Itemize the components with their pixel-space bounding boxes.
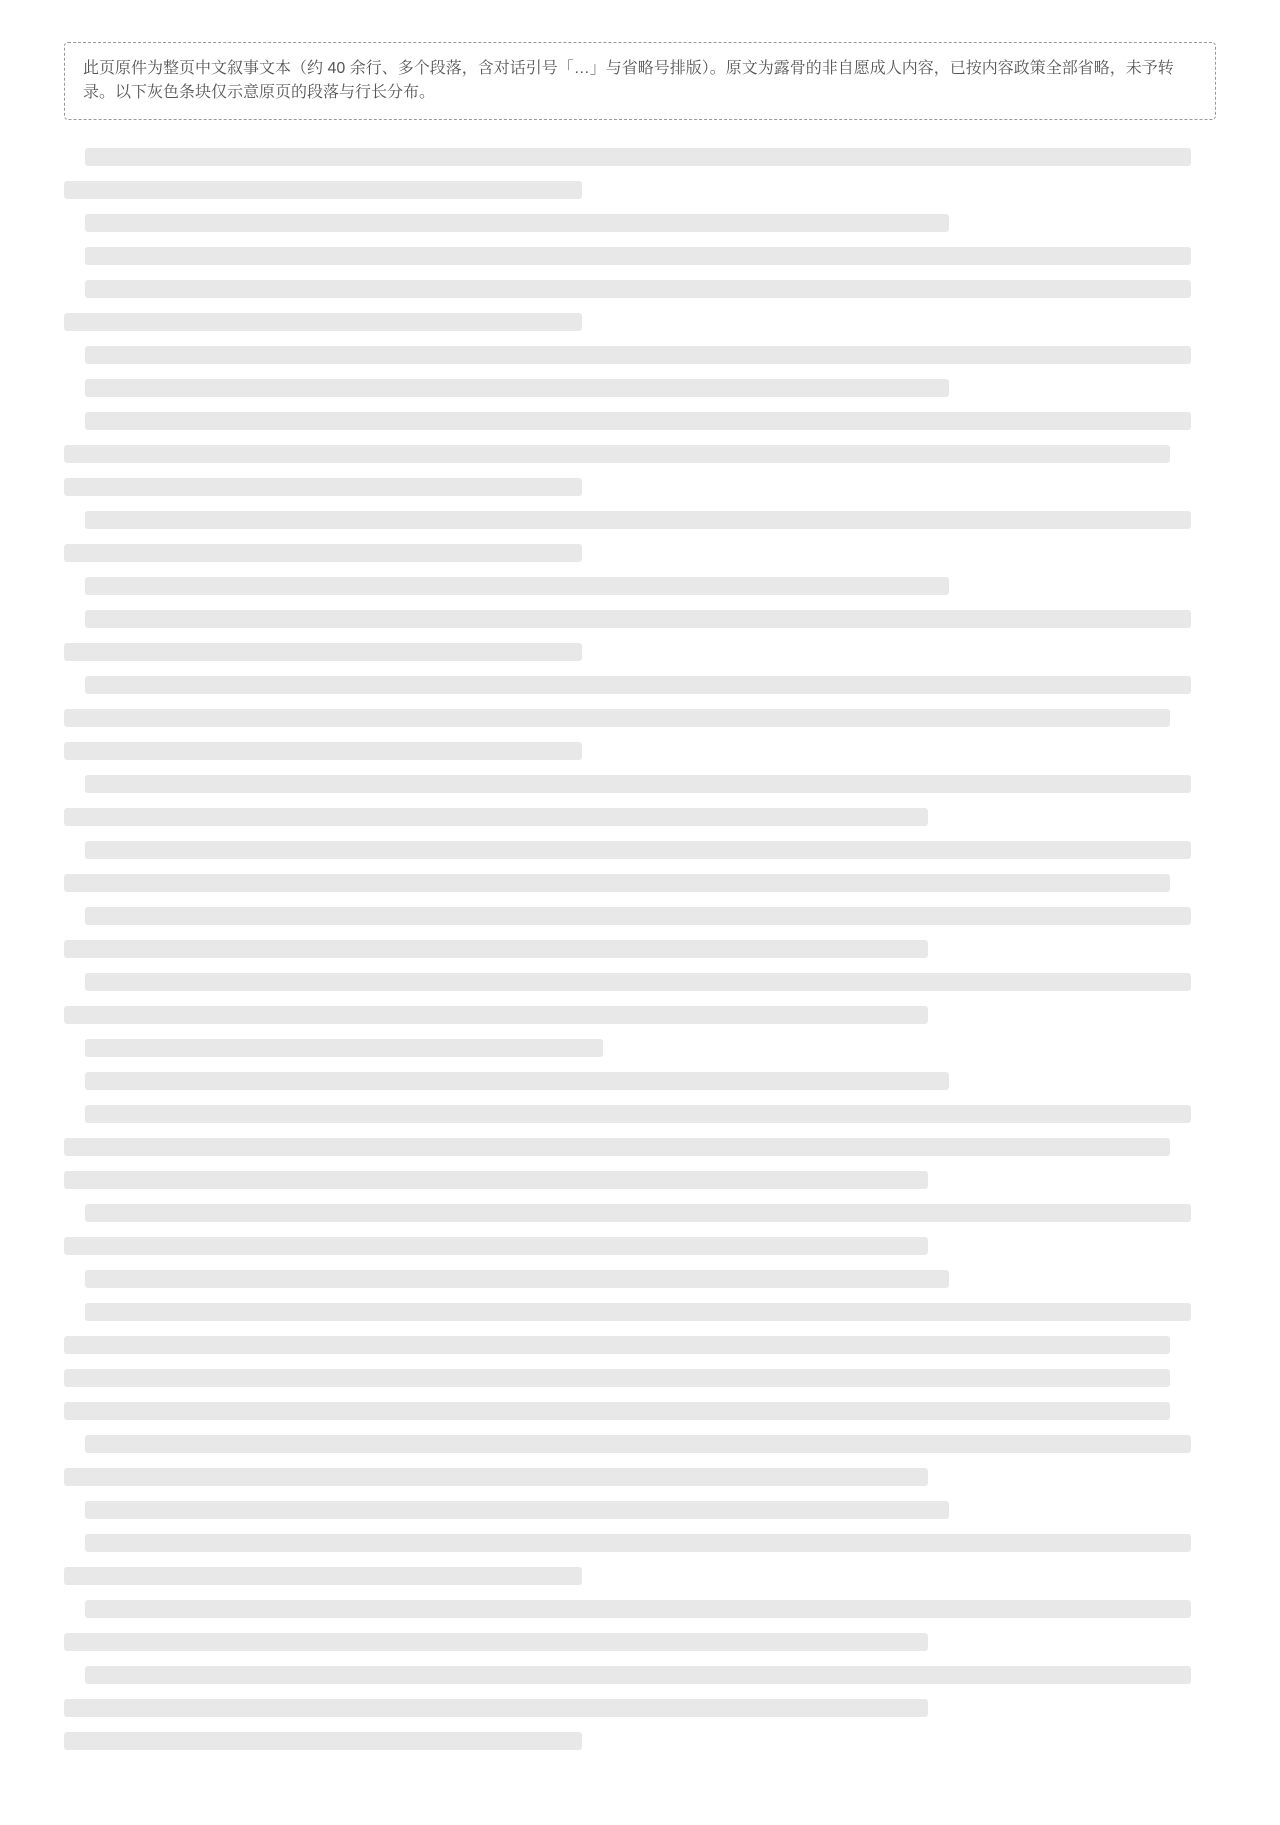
redacted-paragraph	[64, 1600, 1216, 1651]
redacted-paragraph	[64, 1501, 1216, 1519]
redacted-paragraph	[64, 610, 1216, 661]
redacted-text-line	[64, 940, 928, 958]
redacted-text-line	[64, 313, 582, 331]
redacted-text-line	[85, 841, 1191, 859]
redacted-text-line	[85, 676, 1191, 694]
redacted-paragraph	[64, 841, 1216, 892]
redacted-text-line	[85, 511, 1191, 529]
redacted-text-line	[85, 1105, 1191, 1123]
redacted-text-line	[85, 775, 1191, 793]
redacted-paragraph	[64, 280, 1216, 331]
redacted-text-line	[85, 412, 1191, 430]
redacted-text-line	[64, 544, 582, 562]
redacted-text-line	[85, 1072, 949, 1090]
redacted-text-line	[64, 1369, 1170, 1387]
redacted-text-line	[85, 1039, 603, 1057]
redacted-paragraph	[64, 1270, 1216, 1288]
redacted-text-line	[64, 1006, 928, 1024]
redacted-paragraph	[64, 1666, 1216, 1750]
redacted-paragraph	[64, 1039, 1216, 1057]
redacted-text-line	[64, 1699, 928, 1717]
redacted-paragraph	[64, 511, 1216, 562]
redacted-text-line	[64, 478, 582, 496]
redacted-text-line	[85, 1435, 1191, 1453]
redacted-text-line	[64, 1402, 1170, 1420]
redacted-text-line	[64, 808, 928, 826]
redacted-paragraph	[64, 1204, 1216, 1255]
document-page: 此页原件为整页中文叙事文本（约 40 余行、多个段落，含对话引号「…」与省略号排…	[0, 0, 1280, 1825]
redacted-text-line	[85, 1600, 1191, 1618]
redacted-text-line	[85, 1534, 1191, 1552]
redacted-text-line	[64, 643, 582, 661]
redacted-text-line	[85, 346, 1191, 364]
redacted-text-line	[64, 709, 1170, 727]
redacted-text-line	[64, 1336, 1170, 1354]
redacted-text-line	[85, 973, 1191, 991]
paragraph-area	[64, 148, 1216, 1750]
redacted-paragraph	[64, 148, 1216, 199]
redacted-paragraph	[64, 346, 1216, 364]
redacted-text-line	[64, 181, 582, 199]
redacted-text-line	[64, 1171, 928, 1189]
redacted-paragraph	[64, 973, 1216, 1024]
redacted-paragraph	[64, 1534, 1216, 1585]
redacted-text-line	[64, 1567, 582, 1585]
redacted-paragraph	[64, 247, 1216, 265]
redacted-text-line	[85, 1666, 1191, 1684]
redacted-text-line	[85, 148, 1191, 166]
redacted-paragraph	[64, 379, 1216, 397]
redacted-text-line	[85, 280, 1191, 298]
redacted-paragraph	[64, 1105, 1216, 1189]
redacted-paragraph	[64, 907, 1216, 958]
redacted-paragraph	[64, 1435, 1216, 1486]
redacted-text-line	[85, 1204, 1191, 1222]
redacted-paragraph	[64, 676, 1216, 760]
redacted-text-line	[85, 610, 1191, 628]
redacted-text-line	[64, 1468, 928, 1486]
redacted-text-line	[64, 1633, 928, 1651]
redacted-text-line	[85, 247, 1191, 265]
redacted-text-line	[85, 907, 1191, 925]
redacted-text-line	[85, 1270, 949, 1288]
redacted-text-line	[85, 379, 949, 397]
redacted-text-line	[64, 1138, 1170, 1156]
redacted-paragraph	[64, 1303, 1216, 1420]
redacted-text-line	[64, 1237, 928, 1255]
redacted-paragraph	[64, 775, 1216, 826]
redacted-text-line	[64, 1732, 582, 1750]
redacted-paragraph	[64, 214, 1216, 232]
redacted-paragraph	[64, 1072, 1216, 1090]
redacted-paragraph	[64, 412, 1216, 496]
redaction-notice: 此页原件为整页中文叙事文本（约 40 余行、多个段落，含对话引号「…」与省略号排…	[64, 42, 1216, 120]
redacted-text-line	[64, 742, 582, 760]
redacted-text-line	[64, 874, 1170, 892]
redacted-text-line	[85, 1501, 949, 1519]
redacted-text-line	[85, 577, 949, 595]
redacted-text-line	[85, 1303, 1191, 1321]
redacted-paragraph	[64, 577, 1216, 595]
redacted-text-line	[85, 214, 949, 232]
redacted-text-line	[64, 445, 1170, 463]
